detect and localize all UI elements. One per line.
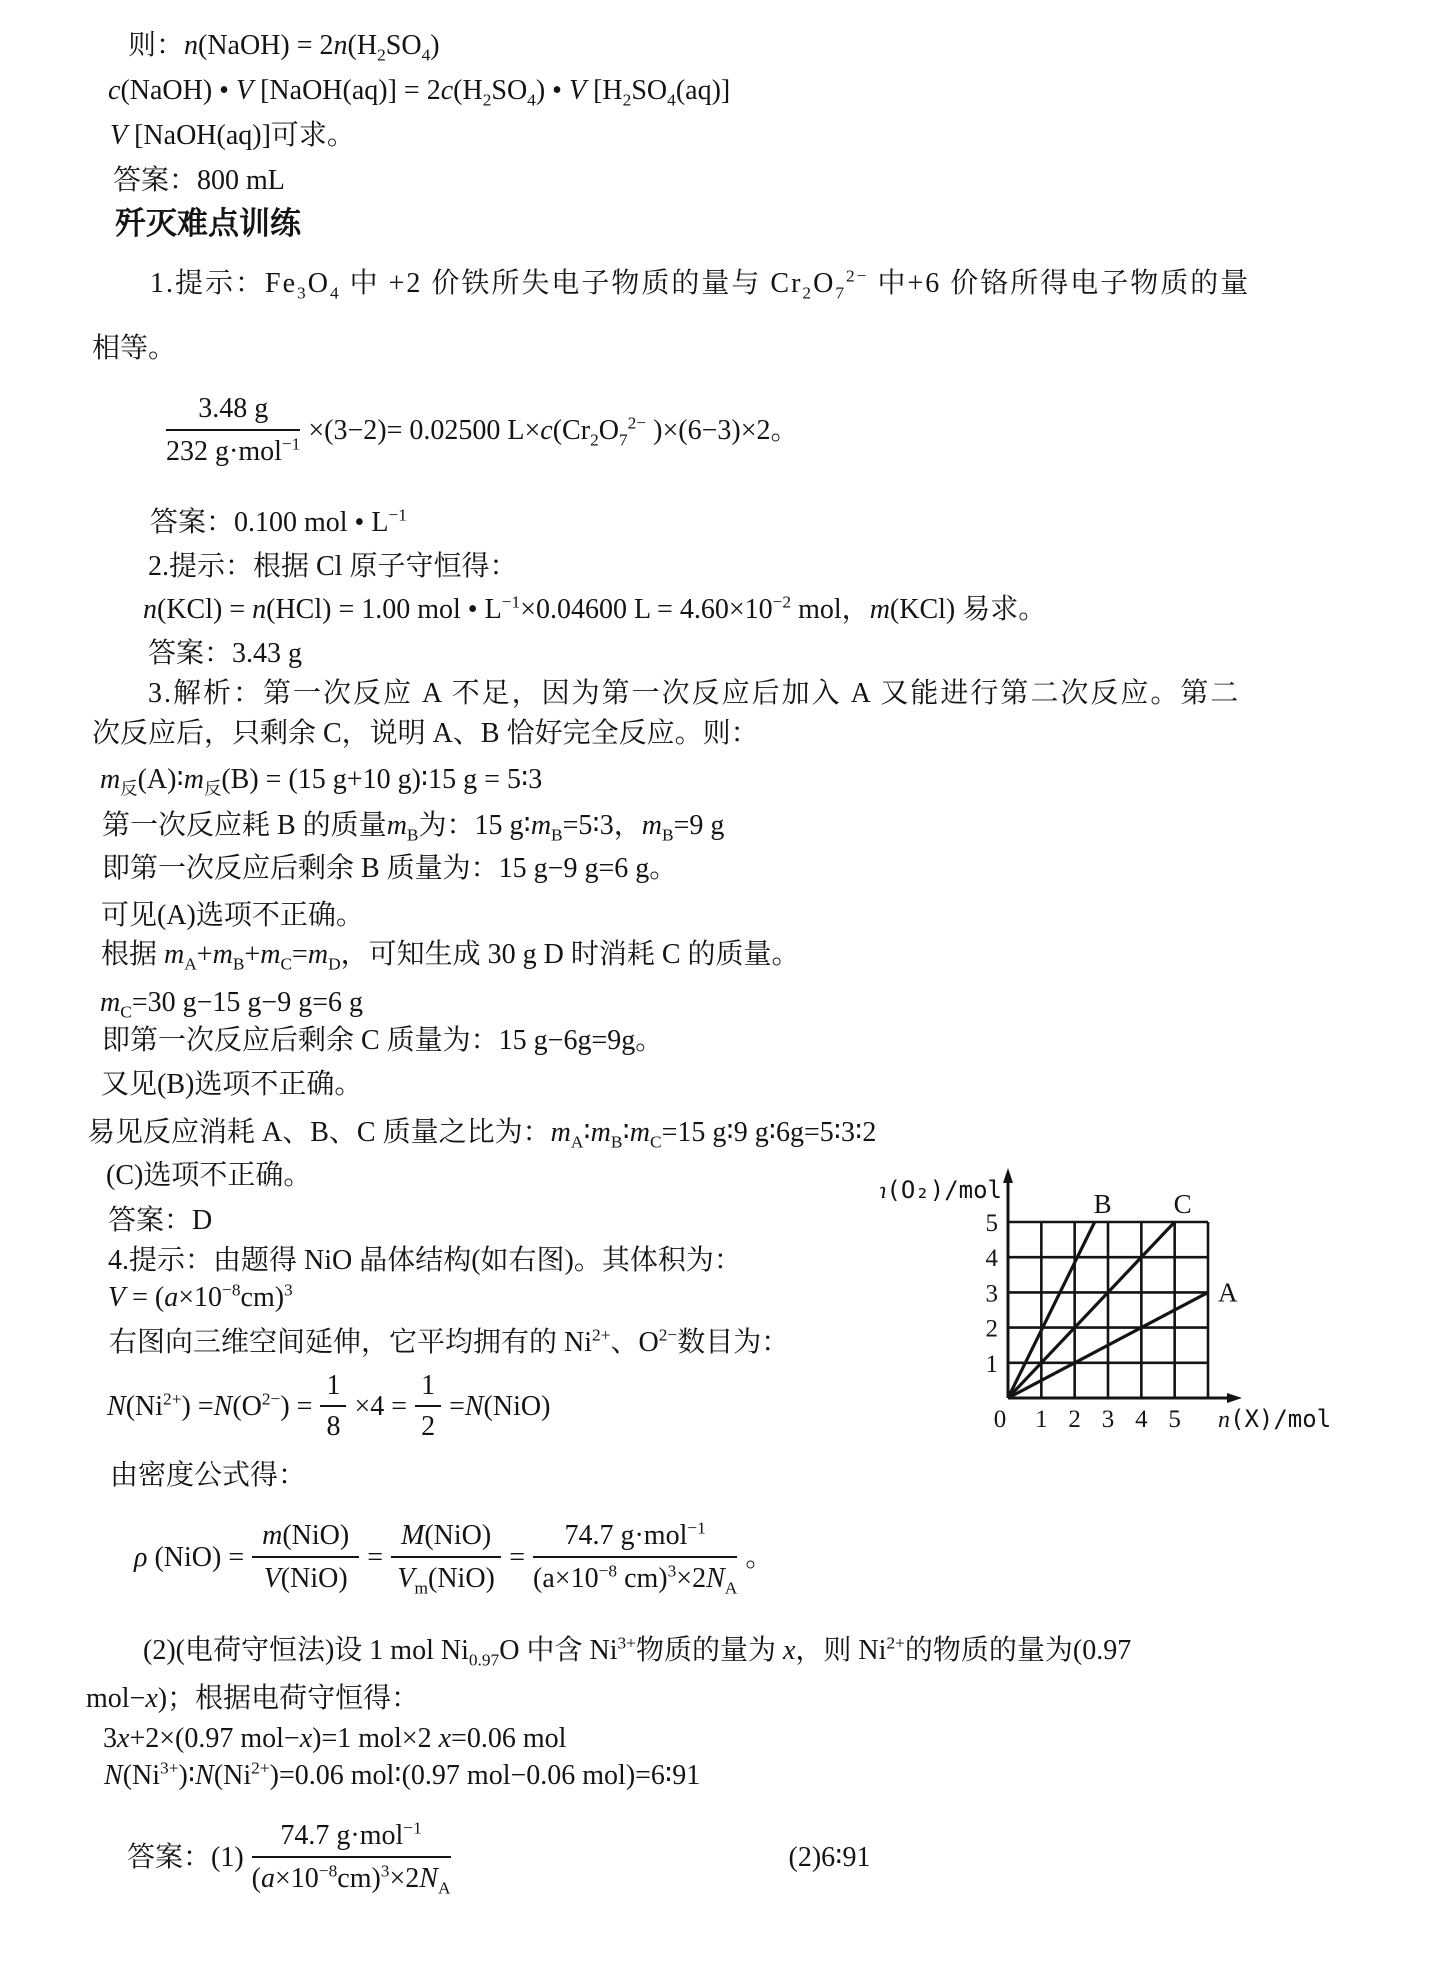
svg-text:n(X)/mol: n(X)/mol — [1218, 1405, 1331, 1433]
svg-text:2: 2 — [986, 1316, 999, 1343]
fraction-numerator: 1 — [320, 1368, 346, 1407]
fraction-denominator: (a×10−8 cm)3×2NA — [533, 1558, 737, 1596]
line-q3-option-a-wrong: 可见(A)选项不正确。 — [101, 898, 364, 933]
fraction-denominator: 2 — [415, 1407, 441, 1444]
fraction-density-result: 74.7 g·mol−1 (a×10−8 cm)3×2NA — [533, 1518, 737, 1596]
svg-text:4: 4 — [1135, 1406, 1148, 1433]
equation-part: = — [367, 1540, 383, 1575]
svg-text:5: 5 — [986, 1210, 999, 1237]
svg-text:1: 1 — [986, 1351, 999, 1378]
heading-difficult-points-training: 歼灭难点训练 — [115, 205, 301, 244]
svg-text:A: A — [1218, 1277, 1238, 1307]
equation-q1-calculation: 3.48 g 232 g·mol−1 ×(3−2)= 0.02500 L×c(C… — [158, 391, 799, 469]
fraction-numerator: 74.7 g·mol−1 — [533, 1518, 737, 1558]
document-page: 则：n(NaOH) = 2n(H2SO4) c(NaOH) • V [NaOH(… — [0, 0, 1429, 1961]
equation-q4-ion-count: N(Ni2+) =N(O2−) = 1 8 ×4 = 1 2 =N(NiO) — [107, 1368, 550, 1444]
fraction-denominator: V(NiO) — [252, 1558, 359, 1596]
line-vnaoh-solvable: V [NaOH(aq)]可求。 — [110, 118, 355, 153]
equation-part: ρ (NiO) = — [134, 1540, 244, 1575]
line-q1-hint: 1.提示：Fe3O4 中 +2 价铁所失电子物质的量与 Cr2O72− 中+6 … — [150, 266, 1250, 301]
line-q2-equation: n(KCl) = n(HCl) = 1.00 mol • L−1×0.04600… — [143, 592, 1046, 627]
line-q1-hint-cont: 相等。 — [92, 331, 176, 366]
line-q4-extend-3d: 右图向三维空间延伸，它平均拥有的 Ni2+、O2−数目为： — [109, 1325, 789, 1360]
svg-text:3: 3 — [1102, 1406, 1115, 1433]
line-q3-mass-b: 第一次反应耗 B 的质量mB为：15 g∶mB=5∶3，mB=9 g — [102, 808, 724, 843]
equation-q4-final-answer: 答案：(1) 74.7 g·mol−1 (a×10−8cm)3×2NA (2)6… — [127, 1818, 870, 1896]
line-q2-answer: 答案：3.43 g — [148, 636, 302, 671]
line-q3-mass-conservation: 根据 mA+mB+mC=mD，可知生成 30 g D 时消耗 C 的质量。 — [101, 937, 800, 972]
equation-part: 。 — [745, 1540, 773, 1575]
fraction-numerator: M(NiO) — [391, 1518, 501, 1558]
line-q4-volume: V = (a×10−8cm)3 — [108, 1280, 293, 1315]
svg-text:n(O₂)/mol: n(O₂)/mol — [880, 1176, 1002, 1204]
fraction-denominator: (a×10−8cm)3×2NA — [252, 1858, 451, 1896]
line-q3-ratio-abc: 易见反应消耗 A、B、C 质量之比为：mA∶mB∶mC=15 g∶9 g∶6g=… — [87, 1115, 876, 1150]
svg-text:4: 4 — [986, 1245, 999, 1272]
equation-part: 答案：(1) — [127, 1840, 244, 1875]
line-q3-analysis: 3.解析：第一次反应 A 不足，因为第一次反应后加入 A 又能进行第二次反应。第… — [148, 676, 1240, 711]
fraction-denominator: 232 g·mol−1 — [166, 431, 300, 469]
equation-q4-density: ρ (NiO) = m(NiO) V(NiO) = M(NiO) Vm(NiO)… — [134, 1518, 773, 1596]
line-cnaoh-equation: c(NaOH) • V [NaOH(aq)] = 2c(H2SO4) • V [… — [108, 73, 730, 108]
fraction-numerator: m(NiO) — [252, 1518, 359, 1558]
equation-part: N(Ni2+) =N(O2−) = — [107, 1389, 312, 1424]
svg-text:1: 1 — [1035, 1406, 1048, 1433]
chart-gas-production: 12345012345n(O₂)/moln(X)/molBCA — [880, 1165, 1350, 1460]
fraction-numerator: 3.48 g — [166, 391, 300, 431]
line-q4-density-intro: 由密度公式得： — [110, 1458, 306, 1493]
fraction-molar-mass: M(NiO) Vm(NiO) — [391, 1518, 501, 1596]
line-q4-charge-equation: 3x+2×(0.97 mol−x)=1 mol×2 x=0.06 mol — [103, 1721, 566, 1756]
line-q3-analysis-cont: 次反应后，只剩余 C，说明 A、B 恰好完全反应。则： — [92, 716, 759, 751]
line-q4-charge-method: (2)(电荷守恒法)设 1 mol Ni0.97O 中含 Ni3+物质的量为 x… — [143, 1633, 1131, 1668]
svg-text:3: 3 — [986, 1280, 999, 1307]
line-answer-800ml: 答案：800 mL — [113, 163, 285, 198]
line-q1-answer: 答案：0.100 mol • L−1 — [150, 505, 407, 540]
svg-text:C: C — [1174, 1189, 1192, 1219]
line-q3-answer: 答案：D — [108, 1203, 212, 1238]
line-q4-hint: 4.提示：由题得 NiO 晶体结构(如右图)。其体积为： — [108, 1243, 742, 1278]
line-q3-remaining-b: 即第一次反应后剩余 B 质量为：15 g−9 g=6 g。 — [102, 851, 677, 886]
svg-text:0: 0 — [994, 1406, 1007, 1433]
svg-text:5: 5 — [1168, 1406, 1181, 1433]
line-then-naoh: 则：n(NaOH) = 2n(H2SO4) — [128, 28, 440, 63]
svg-text:B: B — [1094, 1189, 1112, 1219]
fraction-denominator: Vm(NiO) — [391, 1558, 501, 1596]
fraction-one-eighth: 1 8 — [320, 1368, 346, 1444]
line-q2-hint: 2.提示：根据 Cl 原子守恒得： — [148, 549, 517, 584]
fraction-denominator: 8 — [320, 1407, 346, 1444]
equation-tail: ×(3−2)= 0.02500 L×c(Cr2O72− )×(6−3)×2。 — [308, 413, 798, 448]
equation-part: =N(NiO) — [449, 1389, 550, 1424]
svg-text:2: 2 — [1068, 1406, 1081, 1433]
line-q3-option-c-wrong: (C)选项不正确。 — [106, 1158, 311, 1193]
fraction-m-over-v: m(NiO) V(NiO) — [252, 1518, 359, 1596]
equation-part: ×4 = — [354, 1389, 407, 1424]
fraction-one-half: 1 2 — [415, 1368, 441, 1444]
fraction-mass-molar: 3.48 g 232 g·mol−1 — [166, 391, 300, 469]
answer-part-2: (2)6∶91 — [789, 1840, 871, 1875]
line-q3-mass-ratio: m反(A)∶m反(B) = (15 g+10 g)∶15 g = 5∶3 — [100, 762, 542, 797]
line-q3-option-b-wrong: 又见(B)选项不正确。 — [101, 1067, 362, 1102]
chart-svg: 12345012345n(O₂)/moln(X)/molBCA — [880, 1165, 1350, 1455]
fraction-numerator: 1 — [415, 1368, 441, 1407]
fraction-numerator: 74.7 g·mol−1 — [252, 1818, 451, 1858]
line-q3-remaining-c: 即第一次反应后剩余 C 质量为：15 g−6g=9g。 — [102, 1023, 663, 1058]
line-q4-ni-ratio: N(Ni3+)∶N(Ni2+)=0.06 mol∶(0.97 mol−0.06 … — [104, 1758, 700, 1793]
line-q4-charge-cont: mol−x)；根据电荷守恒得： — [86, 1681, 419, 1716]
equation-part: = — [509, 1540, 525, 1575]
line-q3-mass-c: mC=30 g−15 g−9 g=6 g — [100, 985, 363, 1020]
fraction-answer: 74.7 g·mol−1 (a×10−8cm)3×2NA — [252, 1818, 451, 1896]
